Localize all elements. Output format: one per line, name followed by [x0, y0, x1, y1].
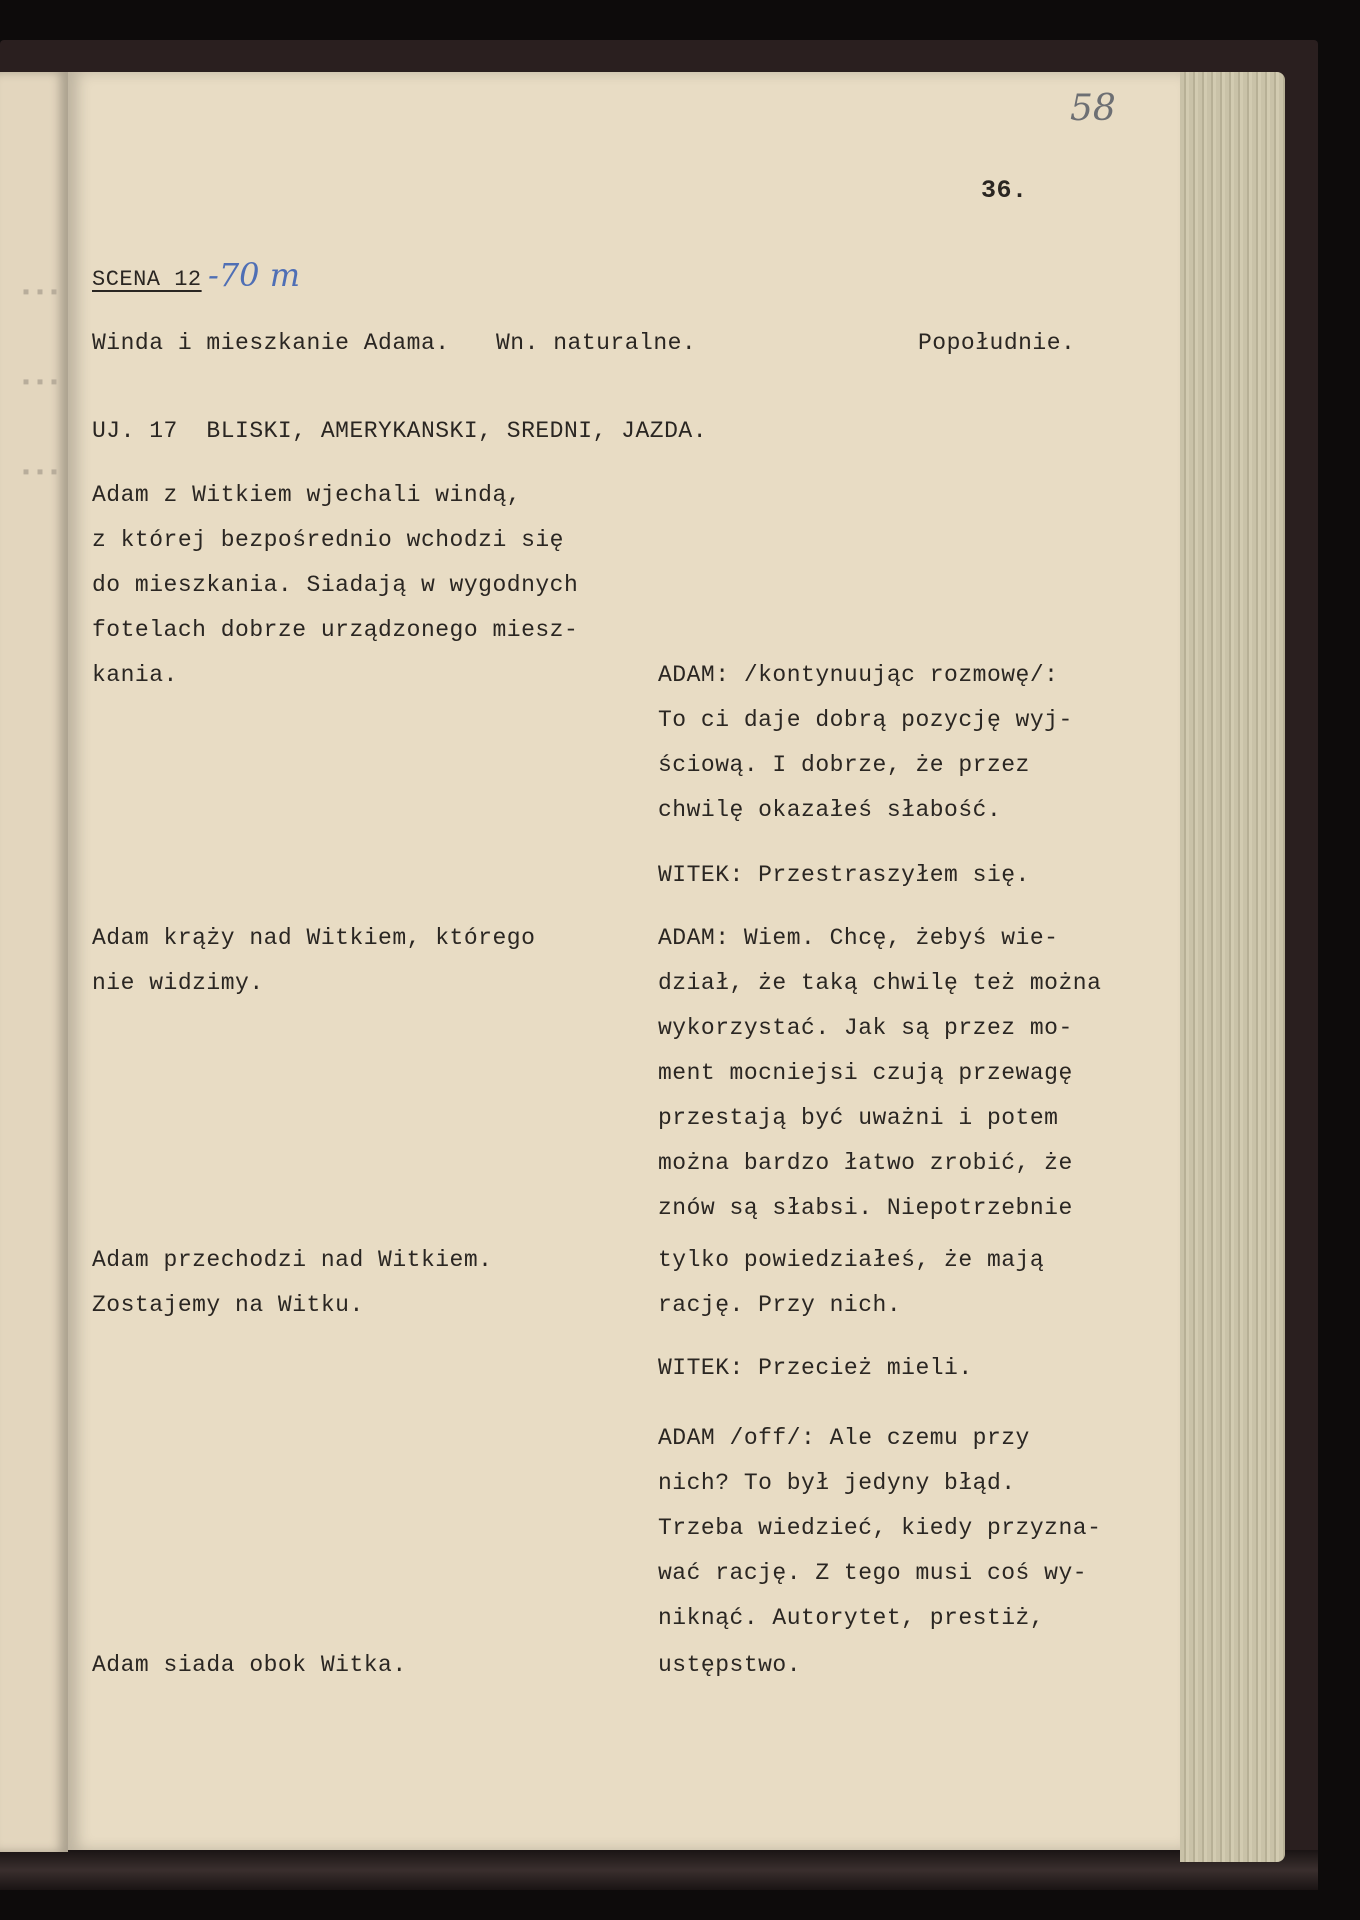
action-line: kania. — [92, 662, 178, 688]
shot-description: UJ. 17 BLISKI, AMERYKANSKI, SREDNI, JAZD… — [92, 418, 707, 444]
action-line: fotelach dobrze urządzonego miesz- — [92, 617, 578, 643]
dialogue-line: dział, że taką chwilę też można — [658, 970, 1101, 996]
dialogue-line: znów są słabsi. Niepotrzebnie — [658, 1195, 1073, 1221]
dialogue-line: nich? To był jedyny błąd. — [658, 1470, 1016, 1496]
page-edges-stack — [1180, 72, 1285, 1862]
bleed-through-text: ▪▪▪ — [20, 372, 62, 395]
setting-time: Popołudnie. — [918, 330, 1075, 356]
book-cover-bottom-edge — [0, 1850, 1318, 1890]
bleed-through-text: ▪▪▪ — [20, 282, 62, 305]
dialogue-line: ściową. I dobrze, że przez — [658, 752, 1030, 778]
scene-annotation: -70 m — [208, 256, 300, 294]
bleed-through-text: ▪▪▪ — [20, 462, 62, 485]
dialogue-line: ADAM /off/: Ale czemu przy — [658, 1425, 1030, 1451]
dialogue-line: rację. Przy nich. — [658, 1292, 901, 1318]
scene-heading: SCENA 12 — [92, 267, 202, 292]
page-number: 36. — [981, 176, 1028, 205]
dialogue-line: ADAM: /kontynuując rozmowę/: — [658, 662, 1058, 688]
action-line: Adam przechodzi nad Witkiem. — [92, 1247, 492, 1273]
dialogue-line: ment mocniejsi czują przewagę — [658, 1060, 1073, 1086]
action-line: nie widzimy. — [92, 970, 264, 996]
dialogue-line: WITEK: Przestraszyłem się. — [658, 862, 1030, 888]
dialogue-line: ustępstwo. — [658, 1652, 801, 1678]
dialogue-line: chwilę okazałeś słabość. — [658, 797, 1001, 823]
action-line: do mieszkania. Siadają w wygodnych — [92, 572, 578, 598]
dialogue-line: wykorzystać. Jak są przez mo- — [658, 1015, 1073, 1041]
dialogue-line: niknąć. Autorytet, prestiż, — [658, 1605, 1044, 1631]
dialogue-line: WITEK: Przecież mieli. — [658, 1355, 973, 1381]
action-line: z której bezpośrednio wchodzi się — [92, 527, 564, 553]
previous-page-strip: ▪▪▪ ▪▪▪ ▪▪▪ — [0, 72, 68, 1852]
dialogue-line: można bardzo łatwo zrobić, że — [658, 1150, 1073, 1176]
dialogue-line: tylko powiedziałeś, że mają — [658, 1247, 1044, 1273]
action-line: Adam krąży nad Witkiem, którego — [92, 925, 535, 951]
archive-page-number: 58 — [1070, 88, 1116, 129]
dialogue-line: ADAM: Wiem. Chcę, żebyś wie- — [658, 925, 1058, 951]
action-line: Adam z Witkiem wjechali windą, — [92, 482, 521, 508]
setting-interior: Wn. naturalne. — [496, 330, 696, 356]
dialogue-line: wać rację. Z tego musi coś wy- — [658, 1560, 1087, 1586]
action-line: Zostajemy na Witku. — [92, 1292, 364, 1318]
setting-location: Winda i mieszkanie Adama. — [92, 330, 450, 356]
action-line: Adam siada obok Witka. — [92, 1652, 407, 1678]
dialogue-line: Trzeba wiedzieć, kiedy przyzna- — [658, 1515, 1101, 1541]
dialogue-line: przestają być uważni i potem — [658, 1105, 1058, 1131]
typescript-page: 58 36. SCENA 12 -70 m Winda i mieszkanie… — [68, 72, 1180, 1850]
dialogue-line: To ci daje dobrą pozycję wyj- — [658, 707, 1073, 733]
